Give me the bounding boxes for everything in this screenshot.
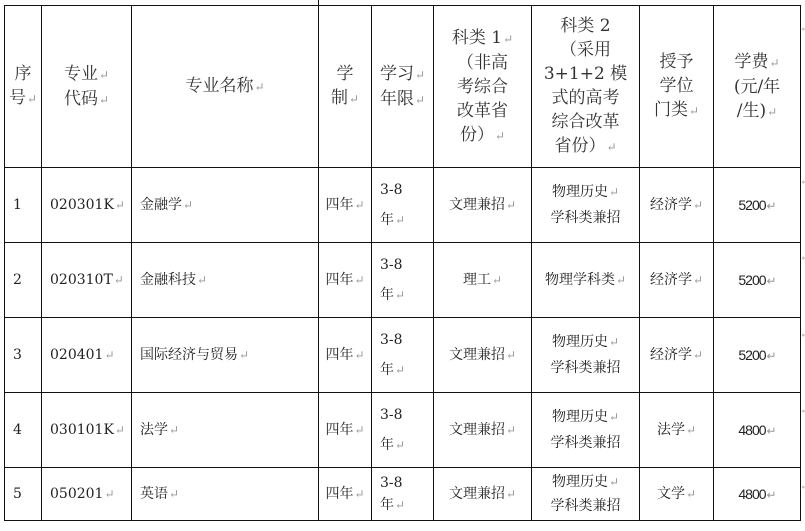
table-row: 4 030101K↵ 法学↵ 四年↵ 3-8年↵ 文理兼招↵ 物理历史↵学科类兼…: [5, 393, 801, 468]
cell-category-2: 物理历史↵学科类兼招: [532, 168, 640, 243]
header-name: 专业名称↵: [132, 6, 319, 168]
cell-name: 金融科技↵: [132, 243, 319, 318]
cell-no: 4: [5, 393, 42, 468]
row-end-mark: ↵: [800, 251, 805, 264]
cell-fee: 4800↵: [714, 393, 801, 468]
cell-study-years: 3-8年↵: [372, 393, 434, 468]
table-row: 2 020310T↵ 金融科技↵ 四年↵ 3-8年↵ 理工↵ 物理学科类↵ 经济…: [5, 243, 801, 318]
cell-category-1: 文理兼招↵: [434, 468, 532, 521]
row-end-mark: ↵: [800, 175, 805, 188]
header-fee: 学费↵(元/年/生)↵: [714, 6, 801, 168]
cell-code: 020310T↵: [42, 243, 132, 318]
cell-no: 1: [5, 168, 42, 243]
cell-category-1: 文理兼招↵: [434, 318, 532, 393]
header-duration: 学制↵: [319, 6, 372, 168]
cell-no: 2: [5, 243, 42, 318]
cell-code: 030101K↵: [42, 393, 132, 468]
cell-category-2: 物理学科类↵: [532, 243, 640, 318]
cell-name: 英语↵: [132, 468, 319, 521]
cell-no: 5: [5, 468, 42, 521]
table-row: 5 050201↵ 英语↵ 四年↵ 3-8年↵ 文理兼招↵ 物理历史↵学科类兼招…: [5, 468, 801, 521]
row-end-mark: ↵: [800, 22, 805, 35]
table-row: 3 020401↵ 国际经济与贸易↵ 四年↵ 3-8年↵ 文理兼招↵ 物理历史↵…: [5, 318, 801, 393]
cell-study-years: 3-8年↵: [372, 468, 434, 521]
cell-fee: 5200↵: [714, 318, 801, 393]
cell-study-years: 3-8年↵: [372, 243, 434, 318]
cell-category-1: 理工↵: [434, 243, 532, 318]
header-category-1: 科类 1↵（非高考综合改革省份）↵: [434, 6, 532, 168]
cell-study-years: 3-8年↵: [372, 318, 434, 393]
majors-table: 序号↵ 专业↵代码↵ 专业名称↵ 学制↵ 学习↵年限↵ 科类 1↵（非高考综合改…: [4, 5, 801, 521]
cell-category-1: 文理兼招↵: [434, 168, 532, 243]
cell-fee: 5200↵: [714, 168, 801, 243]
cell-name: 法学↵: [132, 393, 319, 468]
cell-category-2: 物理历史↵学科类兼招: [532, 393, 640, 468]
cell-duration: 四年↵: [319, 468, 372, 521]
cell-degree: 经济学↵: [640, 243, 714, 318]
header-category-2: 科类 2（采用3+1+2 模式的高考综合改革省份）↵: [532, 6, 640, 168]
row-end-mark: ↵: [800, 328, 805, 341]
cell-degree: 经济学↵: [640, 168, 714, 243]
row-end-mark: ↵: [800, 404, 805, 417]
cell-duration: 四年↵: [319, 318, 372, 393]
header-no: 序号↵: [5, 6, 42, 168]
header-study-years: 学习↵年限↵: [372, 6, 434, 168]
cell-category-2: 物理历史↵学科类兼招: [532, 468, 640, 521]
cell-degree: 法学↵: [640, 393, 714, 468]
cell-fee: 4800↵: [714, 468, 801, 521]
cell-name: 金融学↵: [132, 168, 319, 243]
cell-code: 020301K↵: [42, 168, 132, 243]
cell-no: 3: [5, 318, 42, 393]
cell-code: 050201↵: [42, 468, 132, 521]
table-row: 1 020301K↵ 金融学↵ 四年↵ 3-8年↵ 文理兼招↵ 物理历史↵学科类…: [5, 168, 801, 243]
cell-category-2: 物理历史↵学科类兼招: [532, 318, 640, 393]
cell-duration: 四年↵: [319, 168, 372, 243]
row-end-mark: ↵: [800, 480, 805, 493]
header-code: 专业↵代码↵: [42, 6, 132, 168]
header-row: 序号↵ 专业↵代码↵ 专业名称↵ 学制↵ 学习↵年限↵ 科类 1↵（非高考综合改…: [5, 6, 801, 168]
header-degree: 授予学位门类↵: [640, 6, 714, 168]
cell-degree: 文学↵: [640, 468, 714, 521]
cell-code: 020401↵: [42, 318, 132, 393]
cell-duration: 四年↵: [319, 393, 372, 468]
cell-study-years: 3-8年↵: [372, 168, 434, 243]
cell-name: 国际经济与贸易↵: [132, 318, 319, 393]
cell-category-1: 文理兼招↵: [434, 393, 532, 468]
cell-degree: 经济学↵: [640, 318, 714, 393]
cell-duration: 四年↵: [319, 243, 372, 318]
cell-fee: 5200↵: [714, 243, 801, 318]
